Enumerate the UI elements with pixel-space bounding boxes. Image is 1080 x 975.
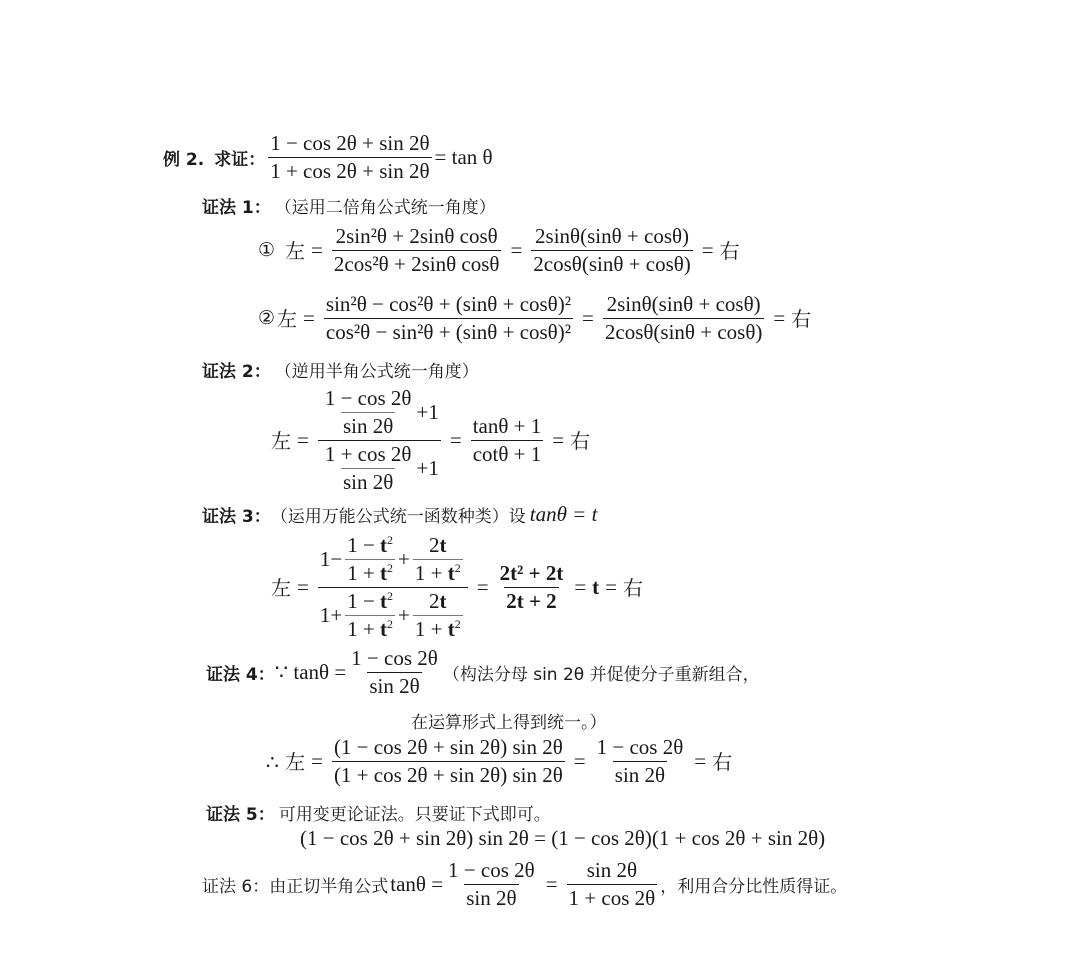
numerator: 1 − cos 2θ [595,737,686,761]
method-6-conclusion: ，利用合分比性质得证。 [660,872,847,897]
numerator: 1 + cos 2θ [323,444,414,468]
lhs-label: 左 [271,431,291,451]
lhs-label: 左 [285,241,305,261]
fraction: 2sinθ(sinθ + cosθ) 2cosθ(sinθ + cosθ) [603,294,765,343]
inner-fraction: 1 + cos 2θ sin 2θ [323,444,414,493]
example-statement: 例 2. 求证： 1 − cos 2θ + sin 2θ 1 + cos 2θ … [163,133,493,182]
method-3-title: 证法 3： [202,502,271,527]
method-5-title: 证法 5： [206,805,275,825]
substitution: tanθ = t [530,504,598,525]
fraction: (1 − cos 2θ + sin 2θ) sin 2θ (1 + cos 2θ… [332,737,565,786]
method-4-equation: ∴ 左 = (1 − cos 2θ + sin 2θ) sin 2θ (1 + … [266,737,732,786]
because-clause: ∵ tanθ = [275,662,346,683]
denominator: (1 + cos 2θ + sin 2θ) sin 2θ [332,761,565,786]
denominator: cotθ + 1 [471,440,544,465]
method-2-note: （逆用半角公式统一角度） [275,362,479,382]
denominator: sin 2θ [341,412,395,437]
compound-numerator: 1 − cos 2θ sin 2θ +1 [318,388,441,440]
method-1-note: （运用二倍角公式统一角度） [275,198,496,218]
statement-fraction: 1 − cos 2θ + sin 2θ 1 + cos 2θ + sin 2θ [268,133,431,182]
numerator: 2sin²θ + 2sinθ cosθ [334,226,500,250]
statement-denominator: 1 + cos 2θ + sin 2θ [268,157,431,182]
lhs-label: 左 [271,578,291,598]
numerator: sin 2θ [585,860,639,884]
denominator: 2cosθ(sinθ + cosθ) [603,318,765,343]
denominator: sin 2θ [613,761,667,786]
inner-fraction: 1 − t21 + t2 [345,535,395,584]
numerator: 2sinθ(sinθ + cosθ) [605,294,763,318]
rhs-label: 右 [720,241,740,261]
method-3-heading: 证法 3： （运用万能公式统一函数种类）设 tanθ = t [202,502,597,527]
method-6-note: 由正切半角公式 [269,872,388,897]
method-2-title: 证法 2： [202,362,271,382]
compound-fraction: 1− 1 − t21 + t2 + 2t1 + t2 1+ 1 − t21 + … [318,535,468,640]
lhs-label: 左 [277,309,297,329]
method-5-heading: 证法 5： 可用变更论证法。只要证下式即可。 [206,800,551,825]
step-marker: ② [258,309,275,328]
compound-denominator: 1 + cos 2θ sin 2θ +1 [318,440,441,493]
statement-rhs: = tan θ [435,147,493,168]
method-1-title: 证法 1： [202,198,271,218]
denominator: sin 2θ [341,468,395,493]
method-3-equation: 左 = 1− 1 − t21 + t2 + 2t1 + t2 1+ 1 − t2… [271,535,643,640]
numerator: 2t² + 2t [498,563,566,587]
method-4-heading: 证法 4： ∵ tanθ = 1 − cos 2θ sin 2θ （构法分母 s… [206,648,760,697]
inner-fraction: 1 − cos 2θ sin 2θ [323,388,414,437]
lhs-expression: tanθ = [390,874,443,895]
numerator: 1 − cos 2θ [323,388,414,412]
method-4-note-line-1: （构法分母 sin 2θ 并促使分子重新组合， [443,660,760,685]
compound-numerator: 1− 1 − t21 + t2 + 2t1 + t2 [318,535,468,587]
method-2-heading: 证法 2： （逆用半角公式统一角度） [202,357,479,382]
method-4-title: 证法 4： [206,660,275,685]
compound-denominator: 1+ 1 − t21 + t2 + 2t1 + t2 [318,587,468,640]
method-1-heading: 证法 1： （运用二倍角公式统一角度） [202,193,496,218]
fraction: 1 − cos 2θ sin 2θ [349,648,440,697]
denominator: 2cos²θ + 2sinθ cosθ [332,250,502,275]
fraction: 2sinθ(sinθ + cosθ) 2cosθ(sinθ + cosθ) [531,226,693,275]
therefore-lhs: ∴ 左 [266,752,305,772]
denominator: sin 2θ [367,672,421,697]
plus-one: +1 [417,458,439,479]
example-label: 例 2. [163,145,204,170]
prove-label: 求证： [214,145,265,170]
denominator: 2cosθ(sinθ + cosθ) [531,250,693,275]
method-5-note: 可用变更论证法。只要证下式即可。 [279,805,551,825]
method-5-equation: (1 − cos 2θ + sin 2θ) sin 2θ = (1 − cos … [300,828,825,849]
method-3-note: （运用万能公式统一函数种类）设 [271,502,526,527]
denominator: 2t + 2 [504,587,558,612]
rhs-label: 右 [791,309,811,329]
numerator: 1 − cos 2θ [446,860,537,884]
inner-fraction: 1 − t21 + t2 [345,591,395,640]
numerator: 2sinθ(sinθ + cosθ) [533,226,691,250]
method-6-line: 证法 6： 由正切半角公式 tanθ = 1 − cos 2θ sin 2θ =… [202,860,847,909]
numerator: sin²θ − cos²θ + (sinθ + cosθ)² [324,294,573,318]
step-marker: ① [258,241,275,260]
fraction: 2t² + 2t 2t + 2 [498,563,566,612]
compound-fraction: 1 − cos 2θ sin 2θ +1 1 + cos 2θ sin 2θ +… [318,388,441,493]
fraction: sin²θ − cos²θ + (sinθ + cosθ)² cos²θ − s… [324,294,573,343]
inner-fraction: 2t1 + t2 [413,535,463,584]
fraction: 1 − cos 2θ sin 2θ [446,860,537,909]
method-6-title: 证法 6： [202,872,269,897]
inner-fraction: 2t1 + t2 [413,591,463,640]
numerator: (1 − cos 2θ + sin 2θ) sin 2θ [332,737,565,761]
method-1-step-2: ② 左 = sin²θ − cos²θ + (sinθ + cosθ)² cos… [258,294,811,343]
denominator: 1 + cos 2θ [567,884,658,909]
method-4-note-line-2: 在运算形式上得到统一。） [411,708,607,733]
plus-one: +1 [417,402,439,423]
fraction: tanθ + 1 cotθ + 1 [471,416,544,465]
statement-numerator: 1 − cos 2θ + sin 2θ [268,133,431,157]
denominator: cos²θ − sin²θ + (sinθ + cosθ)² [324,318,573,343]
fraction: sin 2θ 1 + cos 2θ [567,860,658,909]
rhs-label: 右 [623,578,643,598]
numerator: tanθ + 1 [471,416,544,440]
method-2-equation: 左 = 1 − cos 2θ sin 2θ +1 1 + cos 2θ sin … [271,388,590,493]
fraction: 1 − cos 2θ sin 2θ [595,737,686,786]
numerator: 1 − cos 2θ [349,648,440,672]
method-1-step-1: ① 左 = 2sin²θ + 2sinθ cosθ 2cos²θ + 2sinθ… [258,226,740,275]
rhs-label: 右 [712,752,732,772]
rhs-label: 右 [570,431,590,451]
t-value: t [592,577,599,598]
fraction: 2sin²θ + 2sinθ cosθ 2cos²θ + 2sinθ cosθ [332,226,502,275]
denominator: sin 2θ [464,884,518,909]
